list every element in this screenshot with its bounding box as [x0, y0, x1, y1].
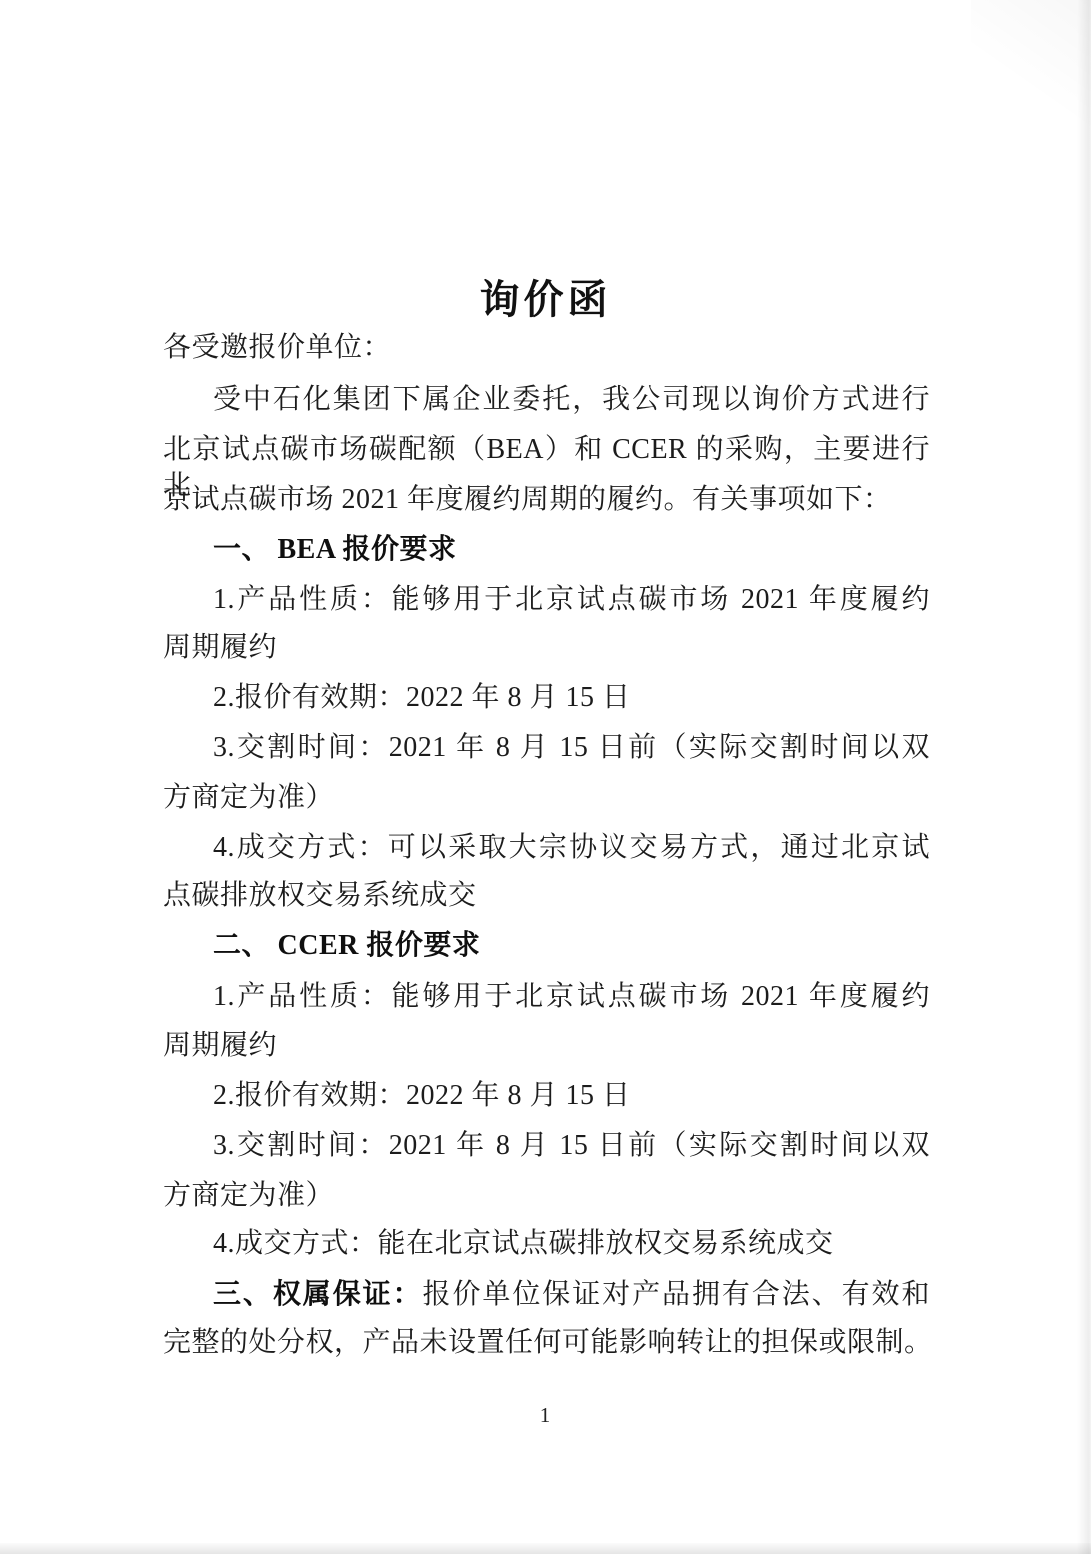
- ownership-heading: 三、权属保证：: [213, 1279, 423, 1310]
- section-heading-bea: 一、 BEA 报价要求: [213, 532, 930, 572]
- bea-item-3: 3.交割时间：2021 年 8 月 15 日前（实际交割时间以双: [213, 730, 930, 770]
- bea-item-3-cont: 方商定为准）: [163, 780, 930, 820]
- bea-item-4: 4.成交方式：可以采取大宗协议交易方式，通过北京试: [213, 830, 930, 870]
- ccer-item-3-cont: 方商定为准）: [163, 1178, 930, 1218]
- ownership-text: 报价单位保证对产品拥有合法、有效和: [423, 1279, 930, 1310]
- bea-item-2: 2.报价有效期：2022 年 8 月 15 日: [213, 680, 930, 720]
- ownership-guarantee-line: 三、权属保证：报价单位保证对产品拥有合法、有效和: [213, 1277, 930, 1317]
- body-line-intro-2: 北京试点碳市场碳配额（BEA）和 CCER 的采购，主要进行北: [163, 432, 930, 472]
- bea-item-4-cont: 点碳排放权交易系统成交: [163, 878, 930, 918]
- ownership-guarantee-cont: 完整的处分权，产品未设置任何可能影响转让的担保或限制。: [163, 1325, 930, 1365]
- ccer-item-4: 4.成交方式：能在北京试点碳排放权交易系统成交: [213, 1226, 930, 1266]
- body-line-intro-1: 受中石化集团下属企业委托，我公司现以询价方式进行: [213, 382, 930, 422]
- document-title: 询价函: [0, 268, 1091, 325]
- bea-item-1: 1.产品性质：能够用于北京试点碳市场 2021 年度履约: [213, 582, 930, 622]
- bea-item-1-cont: 周期履约: [163, 630, 930, 670]
- ccer-item-1-cont: 周期履约: [163, 1028, 930, 1068]
- body-line-intro-3: 京试点碳市场 2021 年度履约周期的履约。有关事项如下：: [163, 482, 930, 522]
- page-number: 1: [0, 1403, 1091, 1428]
- scan-shading-bottom-edge: [0, 1543, 1091, 1554]
- ccer-item-2: 2.报价有效期：2022 年 8 月 15 日: [213, 1078, 930, 1118]
- section-heading-ccer: 二、 CCER 报价要求: [213, 928, 930, 968]
- ccer-item-1: 1.产品性质：能够用于北京试点碳市场 2021 年度履约: [213, 979, 930, 1019]
- scan-shading-corner: [971, 0, 1091, 160]
- salutation-line: 各受邀报价单位：: [163, 330, 930, 370]
- scanned-document-page: 询价函 各受邀报价单位： 受中石化集团下属企业委托，我公司现以询价方式进行 北京…: [0, 0, 1091, 1554]
- scan-shading-right-edge: [1077, 0, 1091, 1554]
- ccer-item-3: 3.交割时间：2021 年 8 月 15 日前（实际交割时间以双: [213, 1128, 930, 1168]
